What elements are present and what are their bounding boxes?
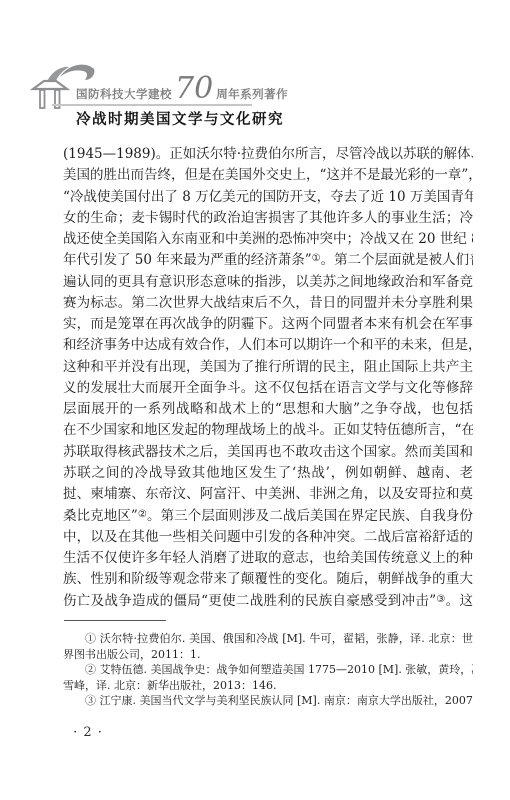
main-text: (1945—1989)。正如沃尔特·拉费伯尔所言，尽管冷战以苏联的解体、美国的胜… (63, 144, 473, 612)
footnote-line: ③ 江宁康. 美国当代文学与美利坚民族认同 [M]. 南京：南京大学出版社，20… (63, 693, 473, 709)
text-line: (1945—1989)。正如沃尔特·拉费伯尔所言，尽管冷战以苏联的解体、 (63, 144, 473, 165)
text-line: 女的生命；麦卡锡时代的政治迫害损害了其他许多人的事业生活；冷 (63, 208, 473, 229)
text-line: 义的发展壮大而展开全面争斗。这不仅包括在语言文学与文化等修辞 (63, 378, 473, 399)
text-line: 实，而是笼罩在再次战争的阴霾下。这两个同盟者本来有机会在军事 (63, 314, 473, 335)
footnote-line: 雪峰，译. 北京：新华出版社，2013：146. (63, 678, 473, 694)
text-line: 层面展开的一系列战略和战术上的“思想和大脑”之争夺战，也包括 (63, 399, 473, 420)
text-line: 遍认同的更具有意识形态意味的指涉，以美苏之间地缘政治和军备竞 (63, 272, 473, 293)
footnote-ref: ② (138, 509, 147, 520)
header-divider (52, 104, 252, 106)
text-line: 生活不仅使许多年轻人消磨了进取的意志，也给美国传统意义上的种 (63, 548, 473, 569)
footnote-ref: ① (312, 253, 321, 264)
series-title: 国防科技大学建校 70 周年系列著作 (76, 74, 288, 106)
text-line: 族、性别和阶级等观念带来了颠覆性的变化。随后，朝鲜战争的重大 (63, 569, 473, 590)
footnote-line: ① 沃尔特·拉费伯尔. 美国、俄国和冷战 [M]. 牛可，翟韬，张静，译. 北京… (63, 631, 473, 647)
text-line: 战还使全美国陷入东南亚和中美洲的恐怖冲突中；冷战又在 20 世纪 80 (63, 229, 473, 250)
text-line: 这种和平并没有出现，美国为了推行所谓的民主，阻止国际上共产主 (63, 357, 473, 378)
text-line: 苏联之间的冷战导致其他地区发生了‘热战’，例如朝鲜、越南、老 (63, 463, 473, 484)
text-line: 挝、柬埔寨、东帝汶、阿富汗、中美洲、非洲之角，以及安哥拉和莫 (63, 484, 473, 505)
book-page: 国防科技大学建校 70 周年系列著作 冷战时期美国文学与文化研究 (1945—1… (0, 0, 510, 800)
text-line: 桑比克地区”②。第三个层面则涉及二战后美国在界定民族、自我身份 (63, 506, 473, 527)
series-prefix: 国防科技大学建校 (76, 86, 172, 102)
text-line: “冷战使美国付出了 8 万亿美元的国防开支，夺去了近 10 万美国青年男 (63, 187, 473, 208)
book-title: 冷战时期美国文学与文化研究 (76, 108, 284, 129)
footnote-separator (64, 620, 166, 621)
footnote-line: ② 艾特伍德. 美国战争史：战争如何塑造美国 1775—2010 [M]. 张敏… (63, 662, 473, 678)
text-line: 伤亡及战争造成的僵局“更使二战胜利的民族自豪感受到冲击”③。这 (63, 591, 473, 612)
text-line: 赛为标志。第二次世界大战结束后不久，昔日的同盟并未分享胜利果 (63, 293, 473, 314)
text-line: 在不少国家和地区发起的物理战场上的战斗。正如艾特伍德所言，“在 (63, 420, 473, 441)
text-line: 中，以及在其他一些相关问题中引发的各种冲突。二战后富裕舒适的 (63, 527, 473, 548)
series-anniversary-number: 70 (175, 74, 213, 104)
footnote-line: 界图书出版公司，2011：1. (63, 647, 473, 663)
page-number: · 2 · (60, 725, 116, 740)
series-suffix: 周年系列著作 (216, 86, 288, 102)
footnote-ref: ③ (436, 594, 446, 605)
text-line: 和经济事务中达成有效合作，人们本可以期许一个和平的未来，但是， (63, 335, 473, 356)
text-line: 美国的胜出而告终，但是在美国外交史上，“这并不是最光彩的一章”， (63, 165, 473, 186)
text-line: 苏联取得核武器技术之后，美国再也不敢攻击这个国家。然而美国和 (63, 442, 473, 463)
text-line: 年代引发了 50 年来最为严重的经济萧条”①。第二个层面就是被人们普 (63, 250, 473, 271)
footnotes: ① 沃尔特·拉费伯尔. 美国、俄国和冷战 [M]. 牛可，翟韬，张静，译. 北京… (63, 631, 473, 709)
